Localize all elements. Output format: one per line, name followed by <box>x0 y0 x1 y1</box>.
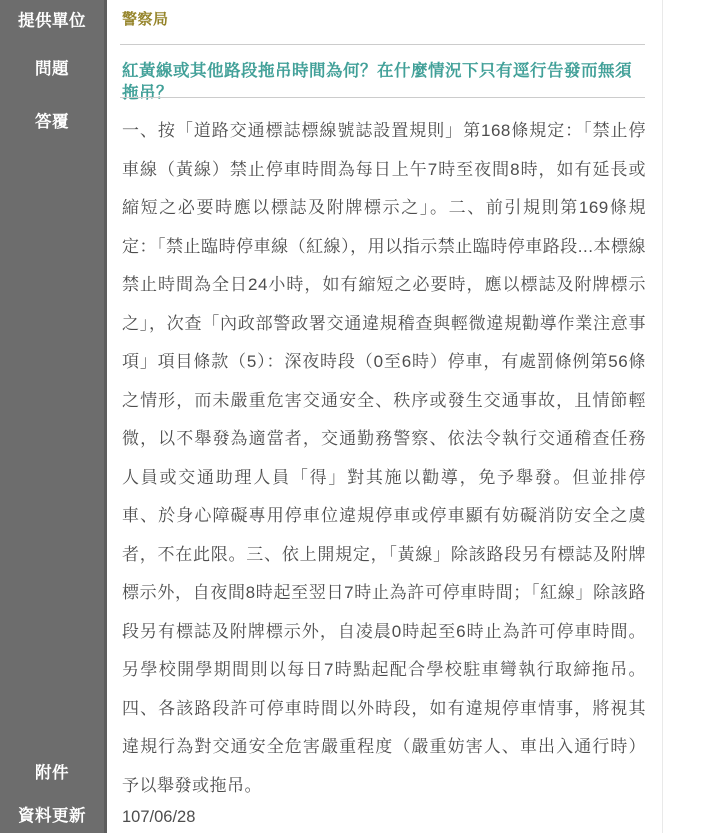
label-answer: 答覆 <box>0 111 104 133</box>
row-divider <box>120 44 645 45</box>
content-column: 警察局 紅黃線或其他路段拖吊時間為何？在什麼情況下只有逕行告發而無須拖吊？ 一、… <box>107 0 663 833</box>
answer-text: 一、按「道路交通標誌標線號誌設置規則」第168條規定：「禁止停車線（黃線）禁止停… <box>122 112 646 805</box>
label-providing-unit: 提供單位 <box>0 10 104 32</box>
header-column: 提供單位 問題 答覆 附件 資料更新 <box>0 0 107 833</box>
label-attachment: 附件 <box>0 762 104 784</box>
agency-name: 警察局 <box>122 10 647 30</box>
label-question: 問題 <box>0 58 104 80</box>
update-date: 107/06/28 <box>122 806 646 828</box>
label-data-update: 資料更新 <box>0 805 104 827</box>
row-divider <box>120 97 645 98</box>
faq-detail-page: 提供單位 問題 答覆 附件 資料更新 警察局 紅黃線或其他路段拖吊時間為何？在什… <box>0 0 720 840</box>
